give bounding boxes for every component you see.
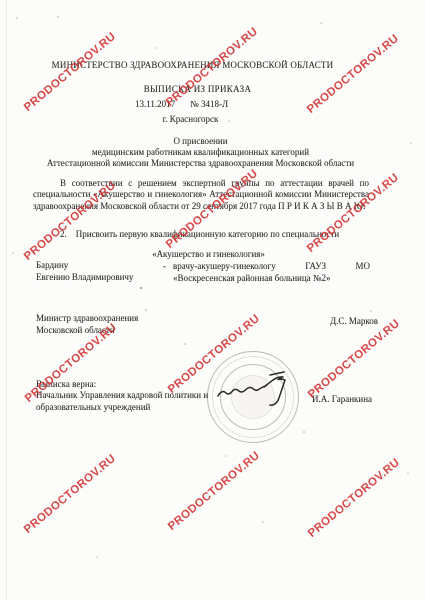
certifier-name: И.А. Гаранкина xyxy=(312,394,372,405)
item-number: 2. xyxy=(60,229,67,239)
scan-noise-specks xyxy=(0,0,2,2)
ministry-name: МИНИСТЕРСТВО ЗДРАВООХРАНЕНИЯ МОСКОВСКОЙ … xyxy=(25,60,360,71)
specialty-line: «Акушерство и гинекология» xyxy=(41,249,376,260)
document-page: МИНИСТЕРСТВО ЗДРАВООХРАНЕНИЯ МОСКОВСКОЙ … xyxy=(0,0,425,600)
subject-line-2: медицинским работникам квалификационных … xyxy=(33,147,368,158)
certifier-title-line-1: Начальник Управления кадровой политики и xyxy=(36,390,208,401)
recipient-dash: - xyxy=(163,261,166,272)
minister-title-line-2: Московской области xyxy=(36,324,138,336)
subject-block: О присвоении медицинским работникам квал… xyxy=(33,136,368,169)
subject-line-3: Аттестационной комиссии Министерства здр… xyxy=(33,158,368,169)
document-type-title: ВЫПИСКА ИЗ ПРИКАЗА xyxy=(30,84,365,95)
minister-title-block: Министр здравоохранения Московской облас… xyxy=(36,312,138,336)
signature-scribble xyxy=(214,366,292,410)
minister-name: Д.С. Марков xyxy=(330,316,378,327)
watermark: PRODOCTOROV.RU xyxy=(306,460,398,540)
recipient-given-names: Евгению Владимировичу xyxy=(36,272,133,284)
watermark: PRODOCTOROV.RU xyxy=(306,321,398,401)
minister-title-line-1: Министр здравоохранения xyxy=(36,312,138,324)
order-item: 2.Присвоить первую квалификационную кате… xyxy=(60,229,339,240)
recipient-surname: Бардину xyxy=(36,260,133,272)
recipient-name-block: Бардину Евгению Владимировичу xyxy=(36,260,133,283)
date-number-line: 13.11.2017№ 3418-Л xyxy=(14,99,349,110)
certification-label: Выписка верна: xyxy=(36,379,208,390)
city-line: г. Красногорск xyxy=(23,114,358,125)
order-date: 13.11.2017 xyxy=(135,99,175,109)
certification-block: Выписка верна: Начальник Управления кадр… xyxy=(36,379,208,413)
recipient-position: врачу-акушеру-гинекологу ГАУЗ МО «Воскре… xyxy=(173,261,370,284)
watermark: PRODOCTOROV.RU xyxy=(166,453,258,533)
subject-line-1: О присвоении xyxy=(33,136,368,147)
scan-edge-line xyxy=(6,0,7,600)
order-number: № 3418-Л xyxy=(190,99,228,109)
item-text: Присвоить первую квалификационную катего… xyxy=(76,229,339,239)
certifier-title-line-2: образовательных учреждений xyxy=(36,402,208,413)
order-preamble-paragraph: В соответствии с решением экспертной гру… xyxy=(33,178,369,212)
watermark: PRODOCTOROV.RU xyxy=(22,456,114,536)
